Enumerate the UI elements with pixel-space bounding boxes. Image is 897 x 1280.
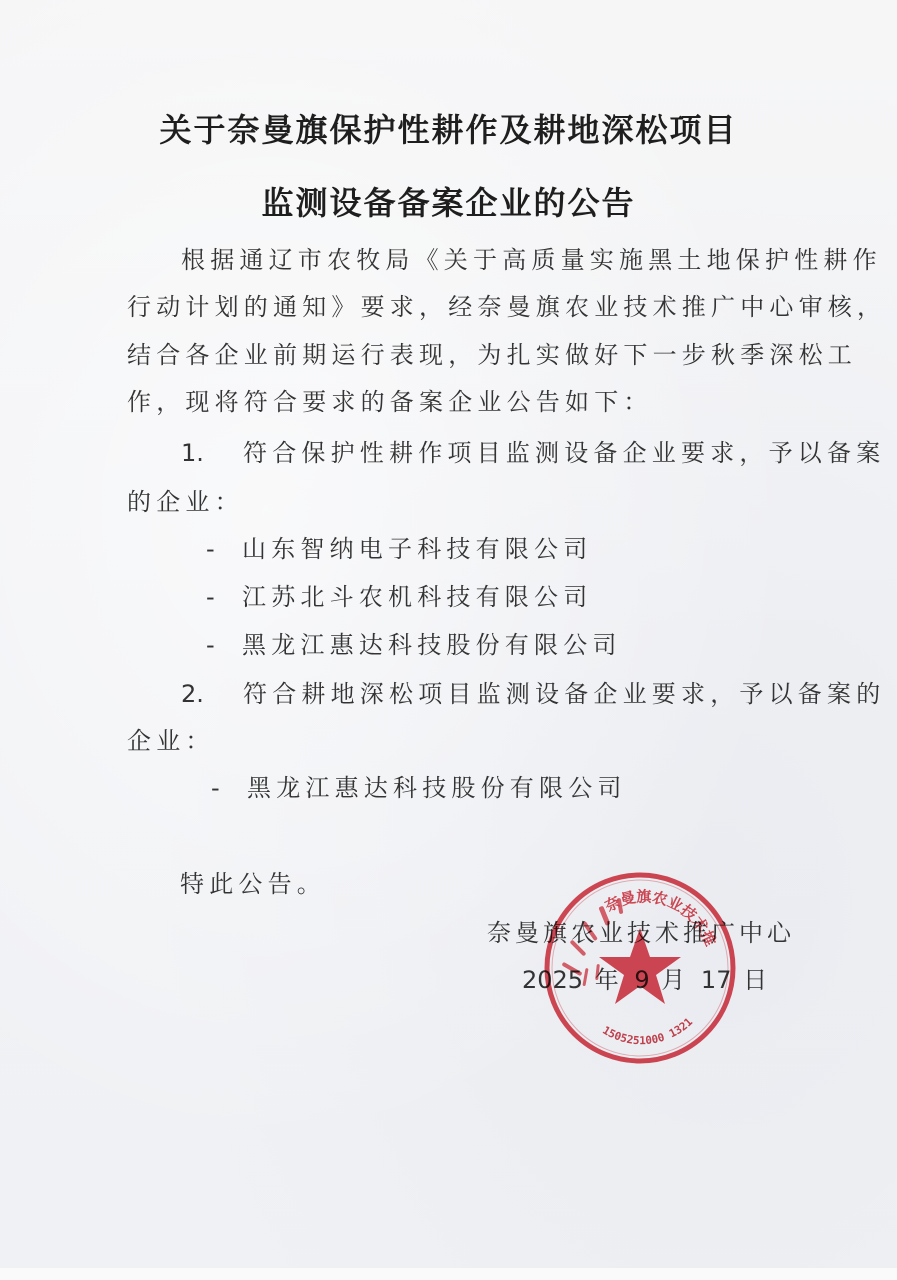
- date-month-unit: 月: [661, 966, 689, 994]
- company-list-item: -山东智纳电子科技有限公司: [206, 532, 592, 566]
- date-year: 2025: [522, 966, 583, 994]
- intro-line-3: 结合各企业前期运行表现，为扎实做好下一步秋季深松工: [127, 338, 857, 372]
- bullet-dash: -: [206, 532, 242, 566]
- intro-line-4: 作，现将符合要求的备案企业公告如下：: [127, 385, 653, 419]
- section-1-heading: 1.符合保护性耕作项目监测设备企业要求，予以备案: [181, 436, 885, 470]
- section-2-number: 2.: [181, 677, 243, 711]
- document-title-line-1: 关于奈曼旗保护性耕作及耕地深松项目: [0, 110, 897, 150]
- section-1-heading-continued: 的企业：: [127, 485, 244, 519]
- closing-statement: 特此公告。: [180, 867, 326, 901]
- bullet-dash: -: [206, 628, 242, 662]
- section-2-heading: 2.符合耕地深松项目监测设备企业要求，予以备案的: [181, 677, 885, 711]
- signature-date: 2025 年 9 月 17 日: [522, 963, 771, 997]
- company-name: 黑龙江惠达科技股份有限公司: [242, 631, 622, 659]
- intro-line-1: 根据通辽市农牧局《关于高质量实施黑土地保护性耕作: [181, 243, 882, 277]
- document-title-line-2: 监测设备备案企业的公告: [0, 183, 897, 223]
- company-name: 江苏北斗农机科技有限公司: [242, 583, 592, 611]
- intro-line-2: 行动计划的通知》要求，经奈曼旗农业技术推广中心审核，: [127, 290, 886, 324]
- company-list-item: -黑龙江惠达科技股份有限公司: [211, 771, 627, 805]
- date-month: 9: [634, 966, 649, 994]
- paper-bottom-edge: [0, 1268, 897, 1280]
- date-year-unit: 年: [595, 966, 623, 994]
- date-day: 17: [701, 966, 732, 994]
- company-list-item: -黑龙江惠达科技股份有限公司: [206, 628, 622, 662]
- section-1-heading-text: 符合保护性耕作项目监测设备企业要求，予以备案: [243, 439, 885, 467]
- company-name: 黑龙江惠达科技股份有限公司: [247, 774, 627, 802]
- company-list-item: -江苏北斗农机科技有限公司: [206, 580, 592, 614]
- signature-organization: 奈曼旗农业技术推广中心: [487, 916, 795, 950]
- section-2-heading-text: 符合耕地深松项目监测设备企业要求，予以备案的: [243, 680, 885, 708]
- date-day-unit: 日: [743, 966, 771, 994]
- bullet-dash: -: [211, 771, 247, 805]
- bullet-dash: -: [206, 580, 242, 614]
- section-2-heading-continued: 企业：: [127, 724, 215, 758]
- company-name: 山东智纳电子科技有限公司: [242, 535, 592, 563]
- section-1-number: 1.: [181, 436, 243, 470]
